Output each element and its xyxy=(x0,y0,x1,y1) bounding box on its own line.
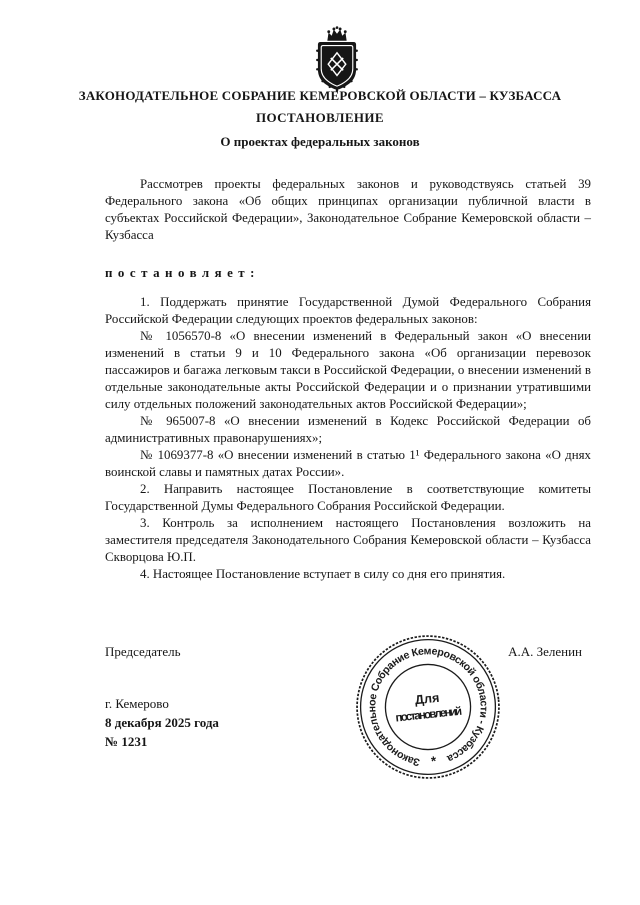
footer-block: г. Кемерово 8 декабря 2025 года № 1231 xyxy=(105,694,219,751)
resolution-item-4: 4. Настоящее Постановление вступает в си… xyxy=(105,566,591,583)
organization-title: ЗАКОНОДАТЕЛЬНОЕ СОБРАНИЕ КЕМЕРОВСКОЙ ОБЛ… xyxy=(0,88,640,104)
document-city: г. Кемерово xyxy=(105,694,219,713)
signature-row: Председатель А.А. Зеленин xyxy=(105,644,582,660)
signer-title: Председатель xyxy=(105,644,181,660)
law-project-1069377: № 1069377-8 «О внесении изменений в стат… xyxy=(105,447,591,481)
stamp-center-line2: постановлений xyxy=(395,705,463,725)
document-date: 8 декабря 2025 года xyxy=(105,713,219,732)
resolution-item-2: 2. Направить настоящее Постановление в с… xyxy=(105,481,591,515)
signer-name: А.А. Зеленин xyxy=(508,644,582,660)
document-body: Рассмотрев проекты федеральных законов и… xyxy=(105,176,591,583)
document-page: ЗАКОНОДАТЕЛЬНОЕ СОБРАНИЕ КЕМЕРОВСКОЙ ОБЛ… xyxy=(0,0,640,905)
document-type-title: ПОСТАНОВЛЕНИЕ xyxy=(0,110,640,126)
stamp-star-icon: * xyxy=(430,753,438,769)
resolves-word: постановляет: xyxy=(105,265,591,282)
law-project-965007: № 965007-8 «О внесении изменений в Кодек… xyxy=(105,413,591,447)
document-subject: О проектах федеральных законов xyxy=(0,134,640,150)
coat-of-arms-icon xyxy=(314,26,360,97)
document-number: № 1231 xyxy=(105,732,219,751)
round-stamp-icon: Законодательное Собрание Кемеровской обл… xyxy=(352,631,504,788)
resolution-item-3: 3. Контроль за исполнением настоящего По… xyxy=(105,515,591,566)
resolution-item-1: 1. Поддержать принятие Государственной Д… xyxy=(105,294,591,328)
law-project-1056570: № 1056570-8 «О внесении изменений в Феде… xyxy=(105,328,591,413)
stamp-center-line1: Для xyxy=(414,691,440,707)
preamble-paragraph: Рассмотрев проекты федеральных законов и… xyxy=(105,176,591,244)
